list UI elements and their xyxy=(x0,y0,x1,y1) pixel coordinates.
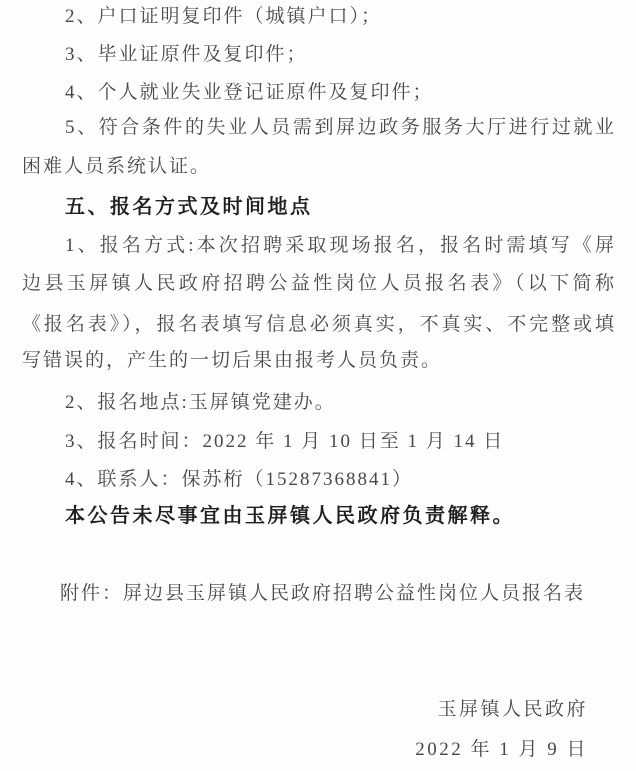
closing-note: 本公告未尽事宜由玉屏镇人民政府负责解释。 xyxy=(65,503,515,529)
section5-item-2: 2、报名地点:玉屏镇党建办。 xyxy=(65,390,336,416)
document-page: 2、户口证明复印件（城镇户口）； 3、毕业证原件及复印件； 4、个人就业失业登记… xyxy=(0,0,636,771)
section5-item-3: 3、报名时间：2022 年 1 月 10 日至 1 月 14 日 xyxy=(65,429,504,455)
list-item-2: 2、户口证明复印件（城镇户口）； xyxy=(65,4,382,30)
section5-item-1-line1: 1、报名方式:本次招聘采取现场报名，报名时需填写《屏 xyxy=(65,233,616,259)
list-item-5-line1: 5、符合条件的失业人员需到屏边政务服务大厅进行过就业 xyxy=(65,115,616,141)
list-item-3: 3、毕业证原件及复印件； xyxy=(65,42,308,68)
section-heading: 五、报名方式及时间地点 xyxy=(65,194,313,220)
attachment-line: 附件：屏边县玉屏镇人民政府招聘公益性岗位人员报名表 xyxy=(60,581,585,607)
list-item-5-line2: 困难人员系统认证。 xyxy=(22,154,211,180)
list-item-4: 4、个人就业失业登记证原件及复印件； xyxy=(65,80,434,106)
section5-item-4: 4、联系人：保苏桁（15287368841） xyxy=(65,467,413,493)
section5-item-1-line4: 写错误的，产生的一切后果由报考人员负责。 xyxy=(22,348,442,374)
section5-item-1-line2: 边县玉屏镇人民政府招聘公益性岗位人员报名表》（以下简称 xyxy=(22,271,616,297)
signature-date: 2022 年 1 月 9 日 xyxy=(415,737,588,763)
section5-item-1-line3: 《报名表》），报名表填写信息必须真实，不真实、不完整或填 xyxy=(22,312,616,338)
signature-issuer: 玉屏镇人民政府 xyxy=(437,697,588,723)
